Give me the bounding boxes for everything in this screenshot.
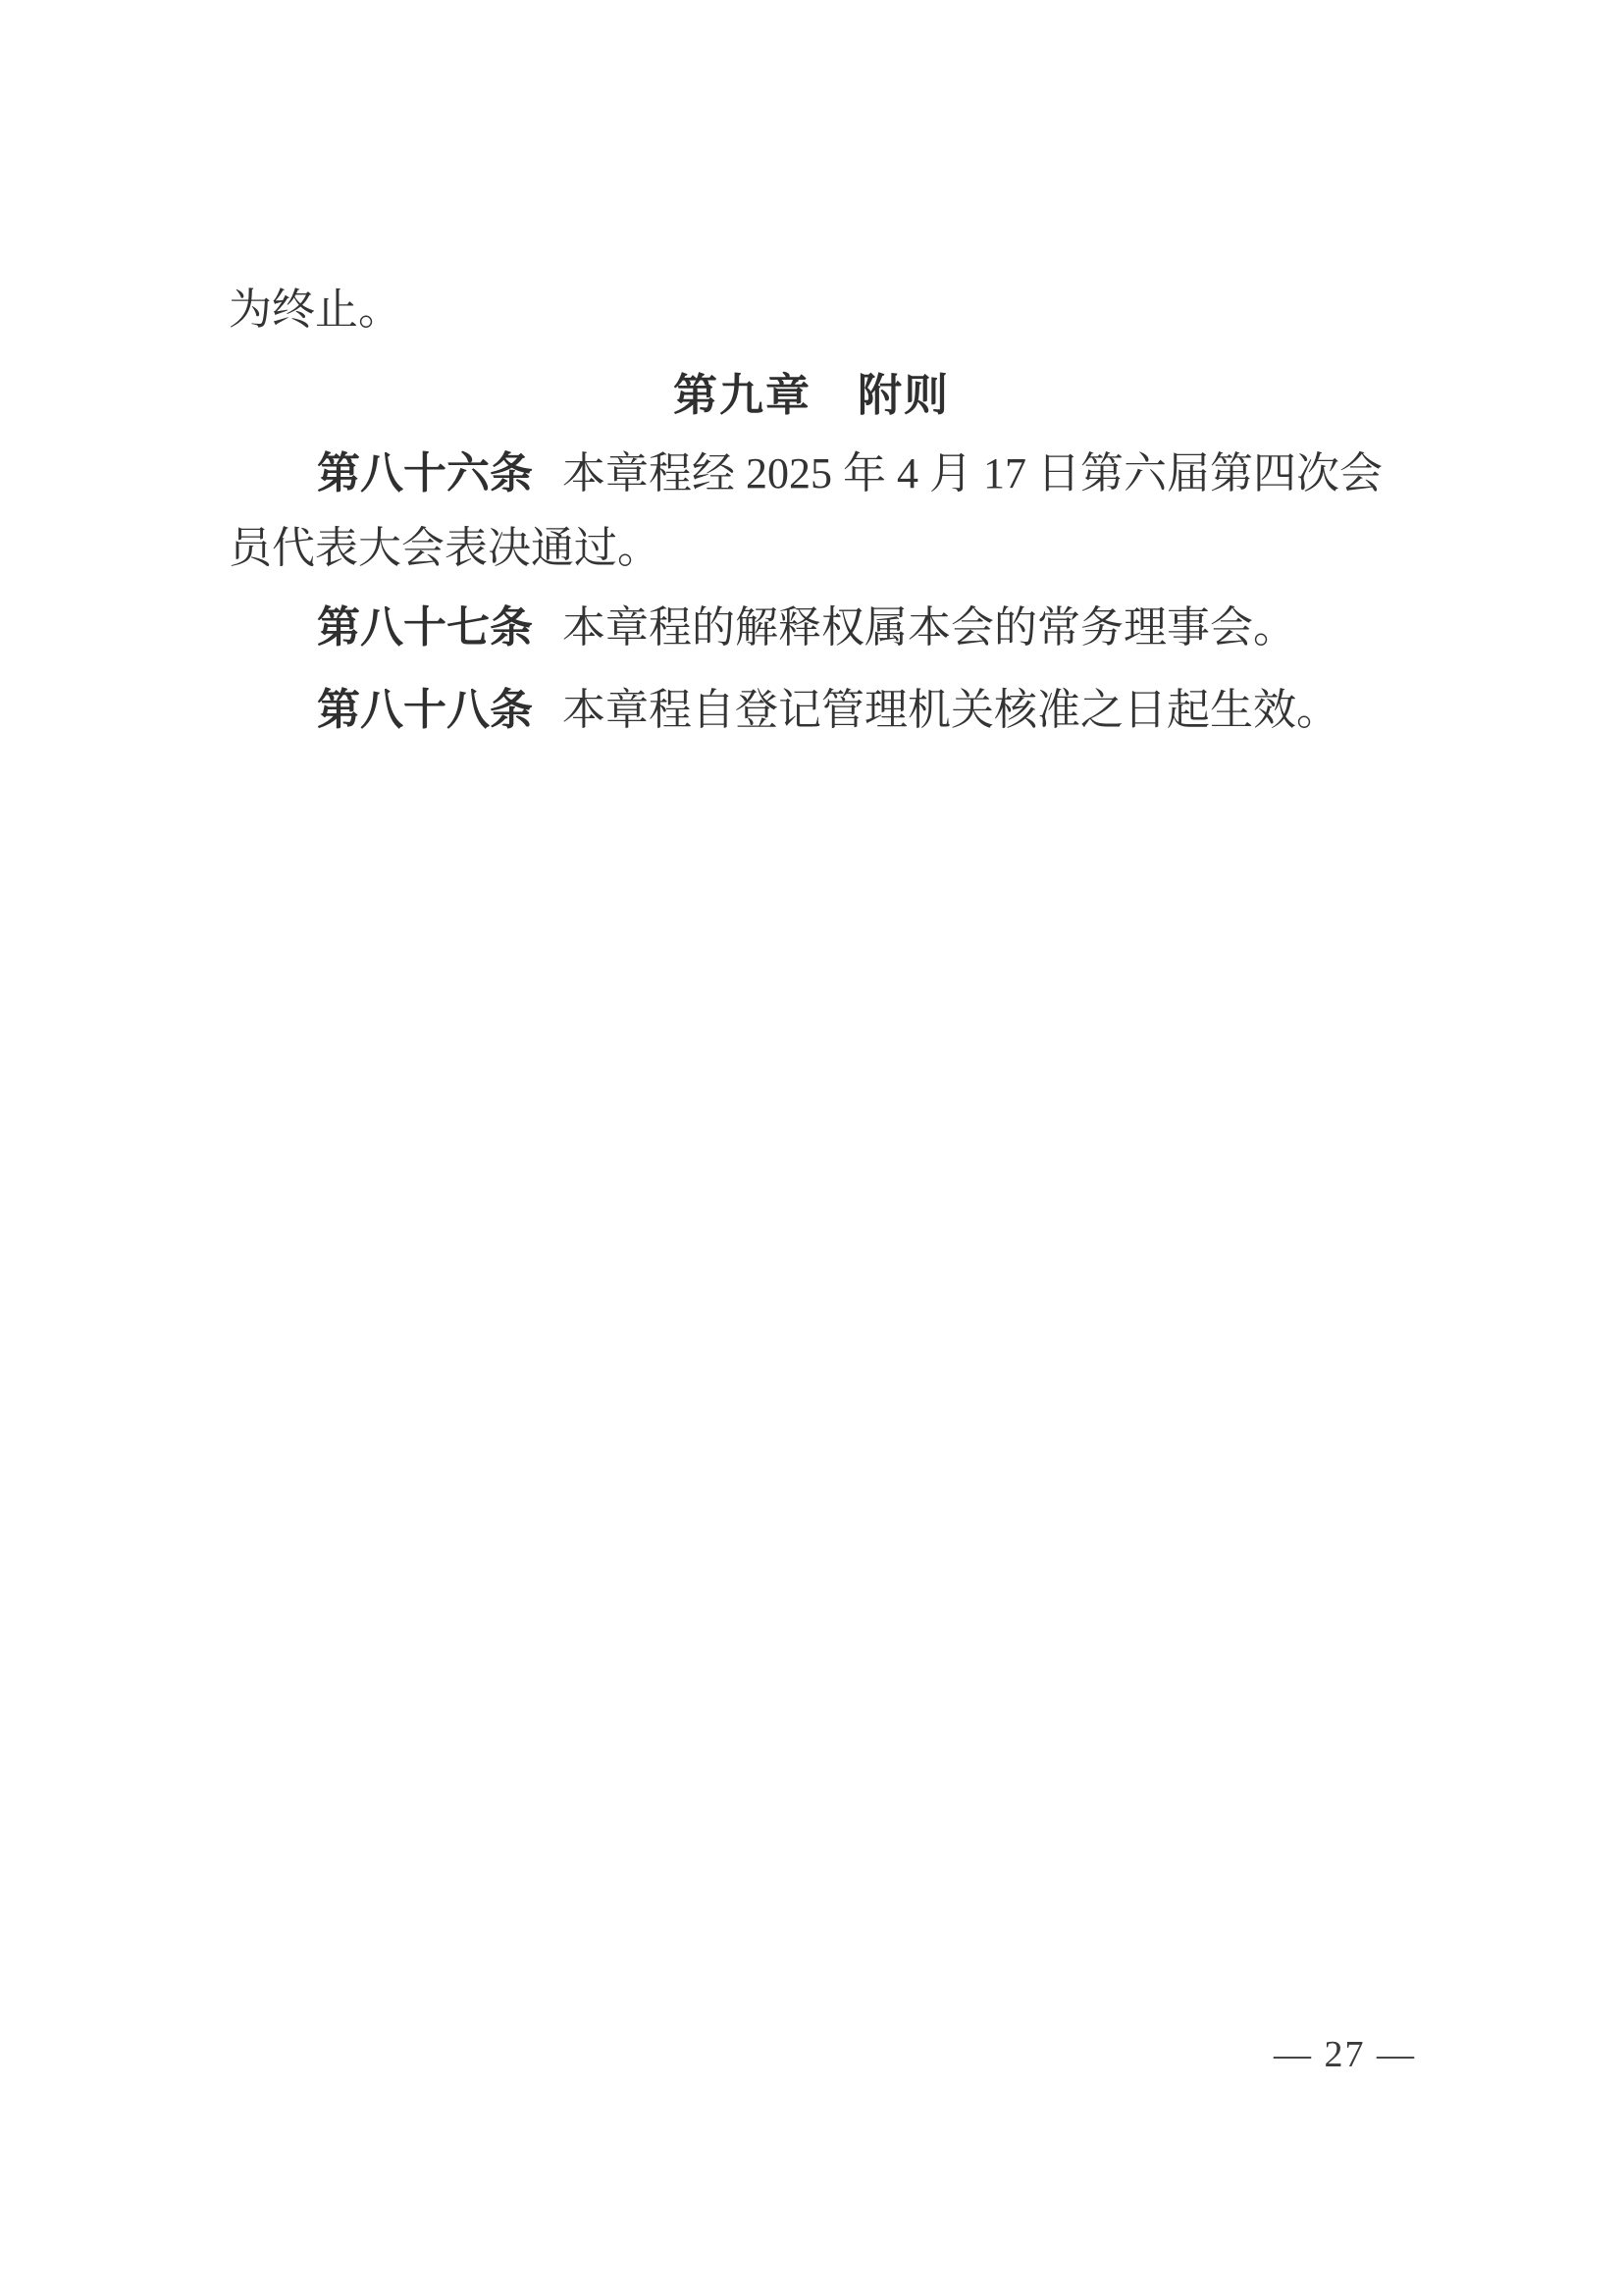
chapter-heading: 第九章 附则	[0, 354, 1623, 437]
article-87-text: 本章程的解释权属本会的常务理事会。	[562, 603, 1296, 652]
article-86-number: 第八十六条	[317, 449, 533, 497]
article-88-number: 第八十八条	[317, 686, 533, 734]
article-86-line-1: 第八十六条本章程经 2025 年 4 月 17 日第六届第四次会	[317, 433, 1383, 515]
document-page: 为终止。 第九章 附则 第八十六条本章程经 2025 年 4 月 17 日第六届…	[0, 0, 1623, 2296]
article-88-text: 本章程自登记管理机关核准之日起生效。	[562, 686, 1339, 734]
article-86-line-2: 员代表大会表决通过。	[229, 507, 660, 590]
paragraph-continuation: 为终止。	[229, 269, 401, 351]
footer-page-number: — 27 —	[1274, 2013, 1416, 2096]
article-88-line: 第八十八条本章程自登记管理机关核准之日起生效。	[317, 669, 1339, 752]
chapter-heading-text: 第九章 附则	[673, 370, 950, 420]
article-86-text-line2: 员代表大会表决通过。	[229, 524, 660, 572]
article-87-number: 第八十七条	[317, 603, 533, 652]
continuation-text: 为终止。	[229, 286, 401, 334]
article-86-text-line1: 本章程经 2025 年 4 月 17 日第六届第四次会	[562, 449, 1383, 497]
article-87-line: 第八十七条本章程的解释权属本会的常务理事会。	[317, 587, 1296, 669]
